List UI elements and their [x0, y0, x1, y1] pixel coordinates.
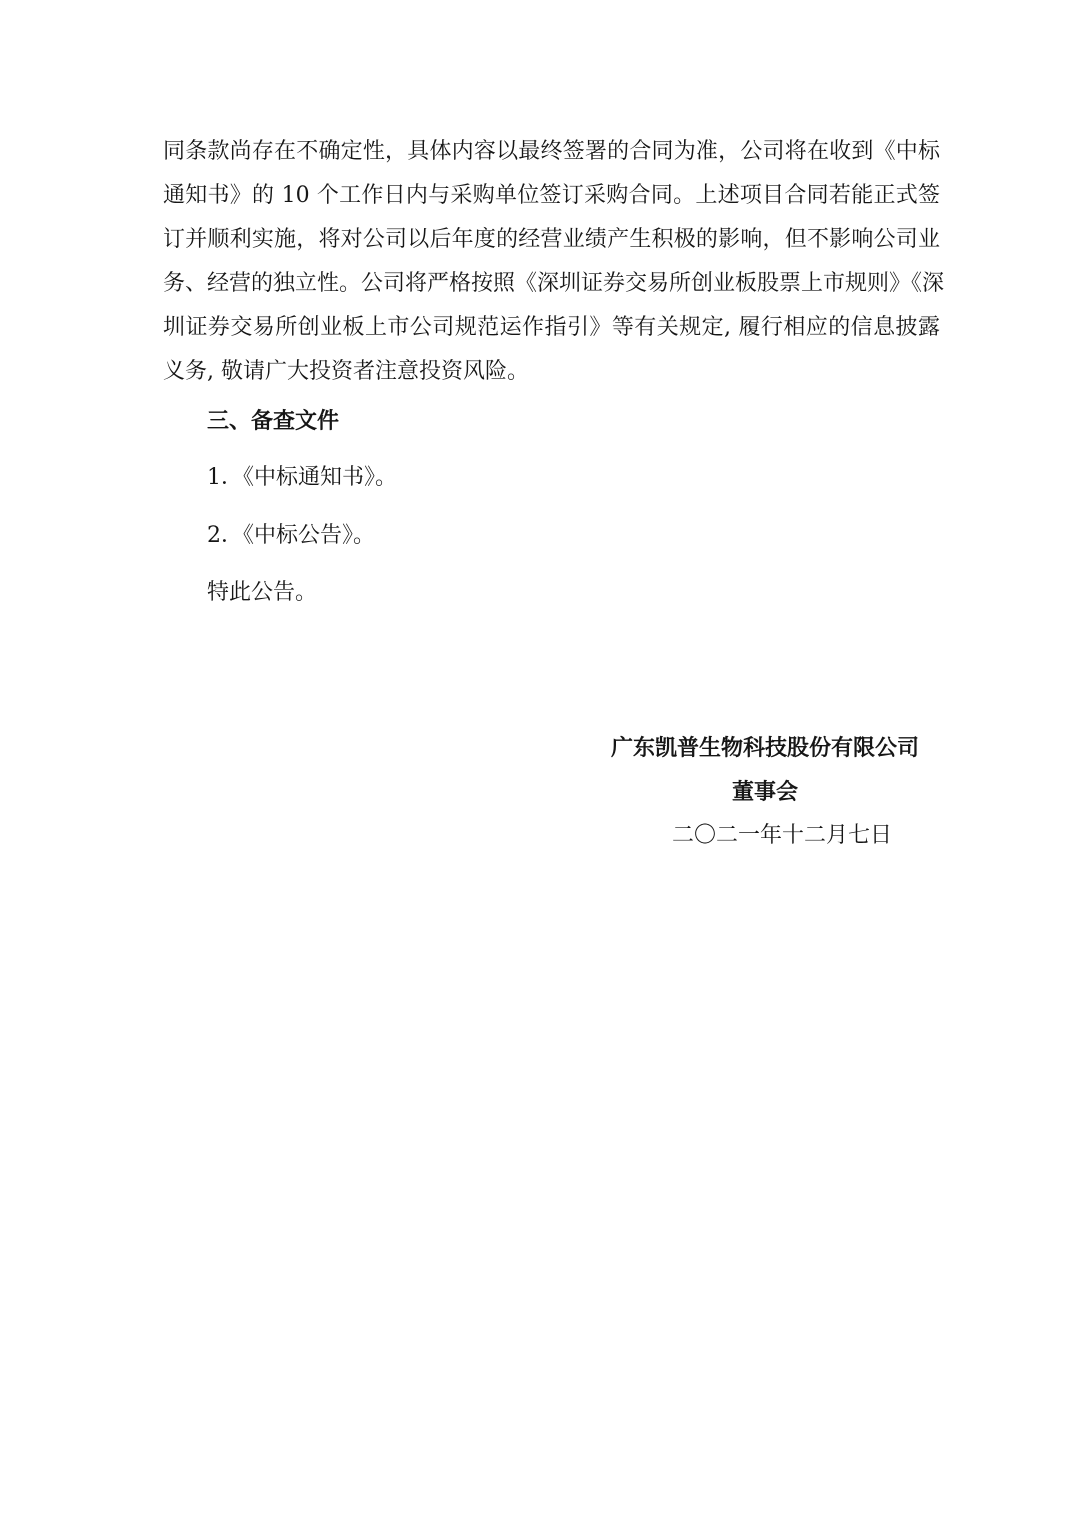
- signature-block: 广东凯普生物科技股份有限公司 董事会 二〇二一年十二月七日: [610, 726, 920, 858]
- company-name: 广东凯普生物科技股份有限公司: [610, 726, 920, 770]
- signature-date: 二〇二一年十二月七日: [627, 814, 937, 858]
- board-of-directors-label: 董事会: [610, 770, 920, 814]
- paragraph-line: 务、经营的独立性。公司将严格按照《深圳证券交易所创业板股票上市规则》《深: [163, 262, 940, 306]
- list-item-award-notice: 1．《中标通知书》。: [163, 456, 940, 500]
- paragraph-line: 义务, 敬请广大投资者注意投资风险。: [163, 350, 940, 394]
- paragraph-line: 同条款尚存在不确定性，具体内容以最终签署的合同为准，公司将在收到《中标: [163, 130, 940, 174]
- list-item-award-announcement: 2．《中标公告》。: [163, 514, 940, 558]
- paragraph-line: 通知书》的 10 个工作日内与采购单位签订采购合同。上述项目合同若能正式签: [163, 174, 940, 218]
- closing-statement: 特此公告。: [163, 571, 940, 615]
- paragraph-line: 圳证券交易所创业板上市公司规范运作指引》等有关规定, 履行相应的信息披露: [163, 306, 940, 350]
- paragraph-line: 订并顺利实施，将对公司以后年度的经营业绩产生积极的影响，但不影响公司业: [163, 218, 940, 262]
- document-page: 同条款尚存在不确定性，具体内容以最终签署的合同为准，公司将在收到《中标 通知书》…: [0, 0, 1080, 1527]
- section-heading-reference-documents: 三、备查文件: [163, 399, 940, 443]
- body-paragraph: 同条款尚存在不确定性，具体内容以最终签署的合同为准，公司将在收到《中标 通知书》…: [163, 130, 940, 394]
